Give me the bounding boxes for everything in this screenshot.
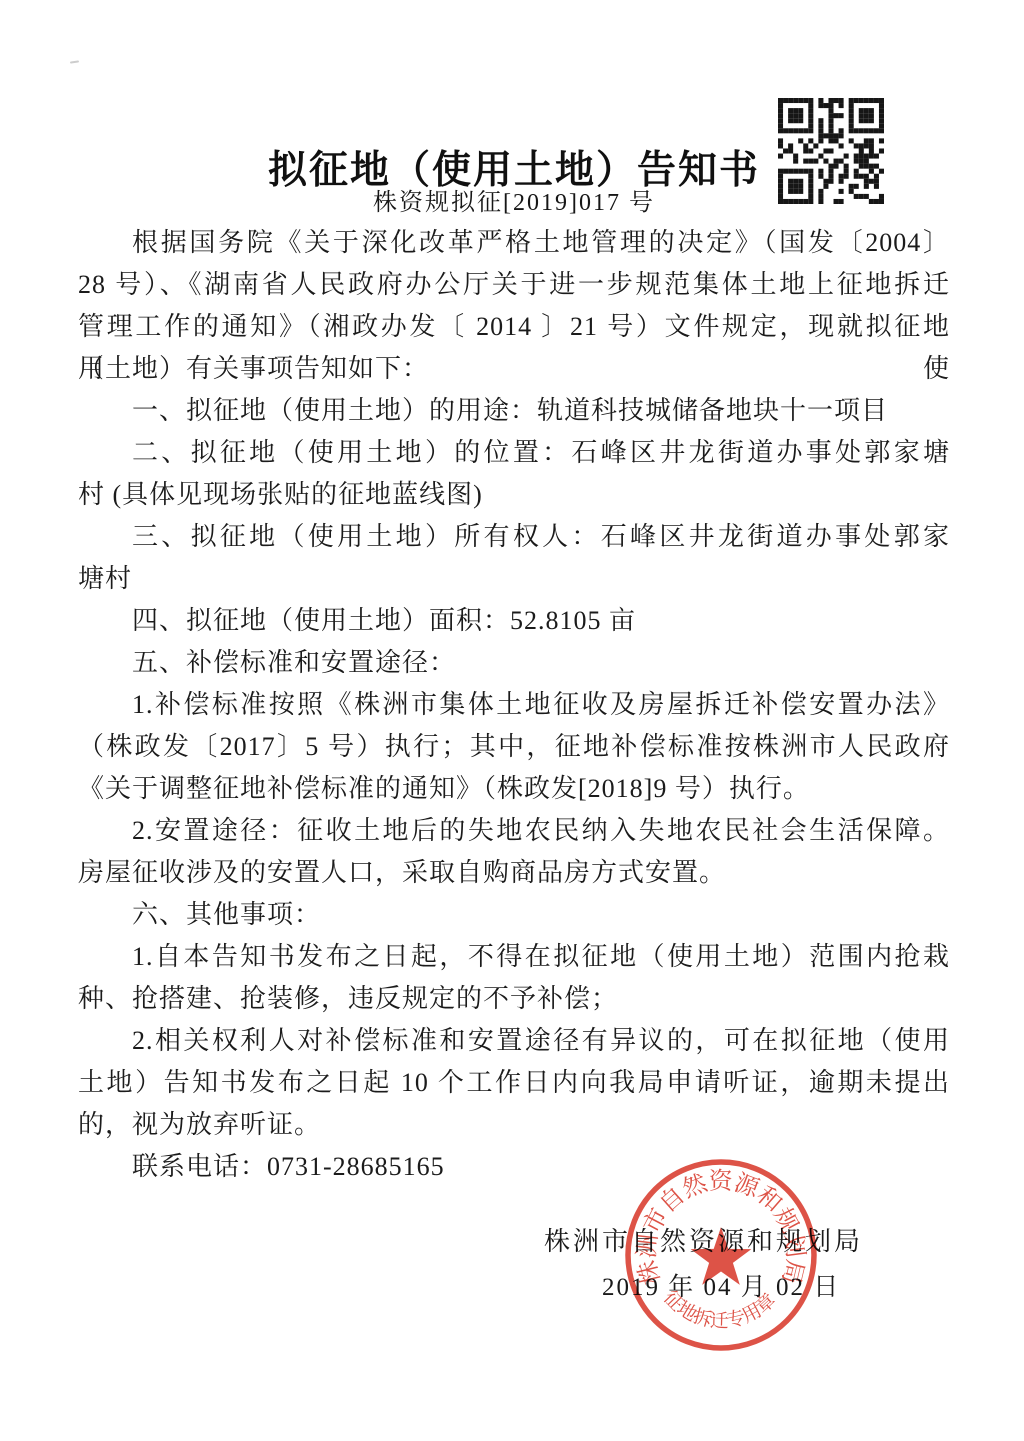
body-line: 28 号）、《湖南省人民政府办公厅关于进一步规范集体土地上征地拆迁 (78, 264, 950, 306)
stamp-bottom-text: 征地拆迁专用章 (659, 1286, 780, 1332)
body-line: 四、拟征地（使用土地）面积：52.8105 亩 (78, 600, 950, 642)
body-line: 管理工作的通知》（湘政办发〔 2014 〕21 号）文件规定，现就拟征地（使 (78, 306, 950, 348)
body-line: 塘村 (78, 558, 950, 600)
document-body: 根据国务院《关于深化改革严格土地管理的决定》（国发〔2004〕28 号）、《湖南… (78, 222, 950, 1188)
body-line: 村 (具体见现场张贴的征地蓝线图) (78, 474, 950, 516)
body-line: 1.补偿标准按照《株洲市集体土地征收及房屋拆迁补偿安置办法》 (78, 684, 950, 726)
body-line: 房屋征收涉及的安置人口，采取自购商品房方式安置。 (78, 852, 950, 894)
body-line: 2.相关权利人对补偿标准和安置途径有异议的，可在拟征地（使用 (78, 1020, 950, 1062)
official-seal-stamp: 株洲市自然资源和规划局 征地拆迁专用章 (581, 1115, 861, 1395)
body-line: 2.安置途径：征收土地后的失地农民纳入失地农民社会生活保障。 (78, 810, 950, 852)
scan-artifact-mark (70, 60, 79, 63)
stamp-star-icon (691, 1227, 752, 1285)
body-line: 二、拟征地（使用土地）的位置：石峰区井龙街道办事处郭家塘 (78, 432, 950, 474)
body-line: 《关于调整征地补偿标准的通知》（株政发[2018]9 号）执行。 (78, 768, 950, 810)
scanned-notice-page: 拟征地（使用土地）告知书 株资规拟征[2019]017 号 根据国务院《关于深化… (0, 0, 1024, 1441)
body-line: 五、补偿标准和安置途径： (78, 642, 950, 684)
body-line: 根据国务院《关于深化改革严格土地管理的决定》（国发〔2004〕 (78, 222, 950, 264)
qr-code-icon (778, 98, 884, 204)
body-line: 三、拟征地（使用土地）所有权人：石峰区井龙街道办事处郭家 (78, 516, 950, 558)
body-line: 六、其他事项： (78, 894, 950, 936)
body-line: 种、抢搭建、抢装修，违反规定的不予补偿； (78, 978, 950, 1020)
body-line: 土地）告知书发布之日起 10 个工作日内向我局申请听证，逾期未提出 (78, 1062, 950, 1104)
body-line: 一、拟征地（使用土地）的用途：轨道科技城储备地块十一项目 (78, 390, 950, 432)
svg-text:征地拆迁专用章: 征地拆迁专用章 (659, 1286, 780, 1332)
body-line: （株政发〔2017〕5 号）执行；其中，征地补偿标准按株洲市人民政府 (78, 726, 950, 768)
body-line: 1.自本告知书发布之日起，不得在拟征地（使用土地）范围内抢栽 (78, 936, 950, 978)
